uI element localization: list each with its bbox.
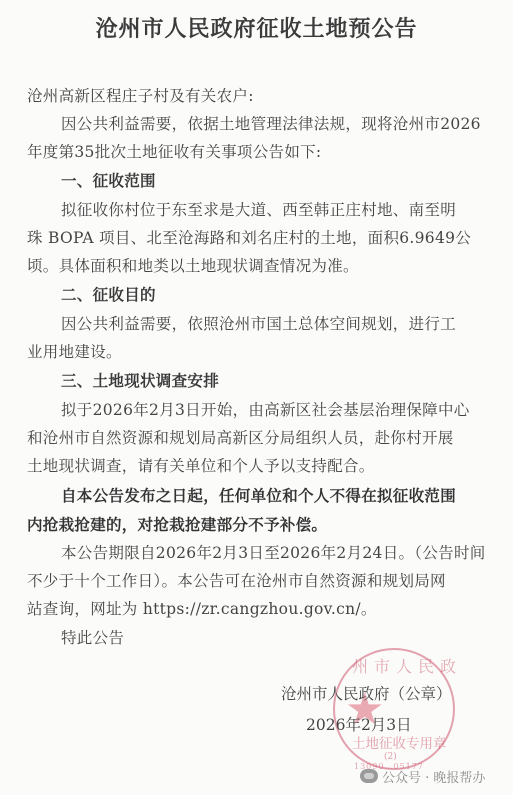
document-title: 沧州市人民政府征收土地预公告 bbox=[0, 12, 513, 43]
warning-line-1: 自本公告发布之日起，任何单位和个人不得在拟征收范围 bbox=[61, 486, 513, 506]
watermark-text: 公众号 · 晚报帮办 bbox=[382, 767, 485, 786]
period-line-2: 不少于十个工作日）。本公告可在沧州市自然资源和规划局网 bbox=[27, 571, 487, 591]
scope-line-2: 珠 BOPA 项目、北至沧海路和刘名庄村的土地，面积6.9649公 bbox=[27, 228, 487, 248]
intro-line-1: 因公共利益需要，依据土地管理法律法规，现将沧州市2026 bbox=[61, 114, 513, 134]
purpose-line-2: 业用地建设。 bbox=[27, 342, 487, 362]
seal-label: 土地征收专用章 bbox=[352, 732, 447, 752]
section-heading-survey: 三、土地现状调查安排 bbox=[61, 371, 513, 391]
section-heading-scope: 一、征收范围 bbox=[61, 171, 513, 191]
survey-line-3: 土地现状调查，请有关单位和个人予以支持配合。 bbox=[27, 456, 487, 476]
closing-text: 特此公告 bbox=[61, 628, 513, 648]
period-line-1: 本公告期限自2026年2月3日至2026年2月24日。（公告时间 bbox=[61, 543, 513, 563]
seal-sub: (2) bbox=[384, 752, 397, 762]
addressee: 沧州高新区程庄子村及有关农户: bbox=[27, 86, 487, 106]
warning-line-2: 内抢栽抢建的，对抢栽抢建部分不予补偿。 bbox=[27, 515, 487, 535]
survey-line-2: 和沧州市自然资源和规划局高新区分局组织人员，赴你村开展 bbox=[27, 428, 487, 448]
intro-line-2: 年度第35批次土地征收有关事项公告如下: bbox=[27, 142, 487, 162]
wechat-icon bbox=[360, 769, 378, 783]
survey-line-1: 拟于2026年2月3日开始，由高新区社会基层治理保障中心 bbox=[61, 400, 513, 420]
signature-issuer: 沧州市人民政府（公章） bbox=[281, 682, 452, 704]
period-line-3: 站查询，网址为 https://zr.cangzhou.gov.cn/。 bbox=[27, 599, 487, 619]
scope-line-1: 拟征收你村位于东至求是大道、西至韩正庄村地、南至明 bbox=[61, 200, 513, 220]
section-heading-purpose: 二、征收目的 bbox=[61, 285, 513, 305]
wechat-watermark: 公众号 · 晚报帮办 bbox=[360, 765, 485, 787]
purpose-line-1: 因公共利益需要，依照沧州市国土总体空间规划，进行工 bbox=[61, 314, 513, 334]
notice-page: 沧州市人民政府征收土地预公告 沧州高新区程庄子村及有关农户: 因公共利益需要，依… bbox=[0, 0, 513, 795]
seal-arc-text: 州市人民政 bbox=[352, 654, 462, 677]
signature-date: 2026年2月3日 bbox=[306, 713, 412, 735]
scope-line-3: 顷。具体面积和地类以土地现状调查情况为准。 bbox=[27, 256, 487, 276]
